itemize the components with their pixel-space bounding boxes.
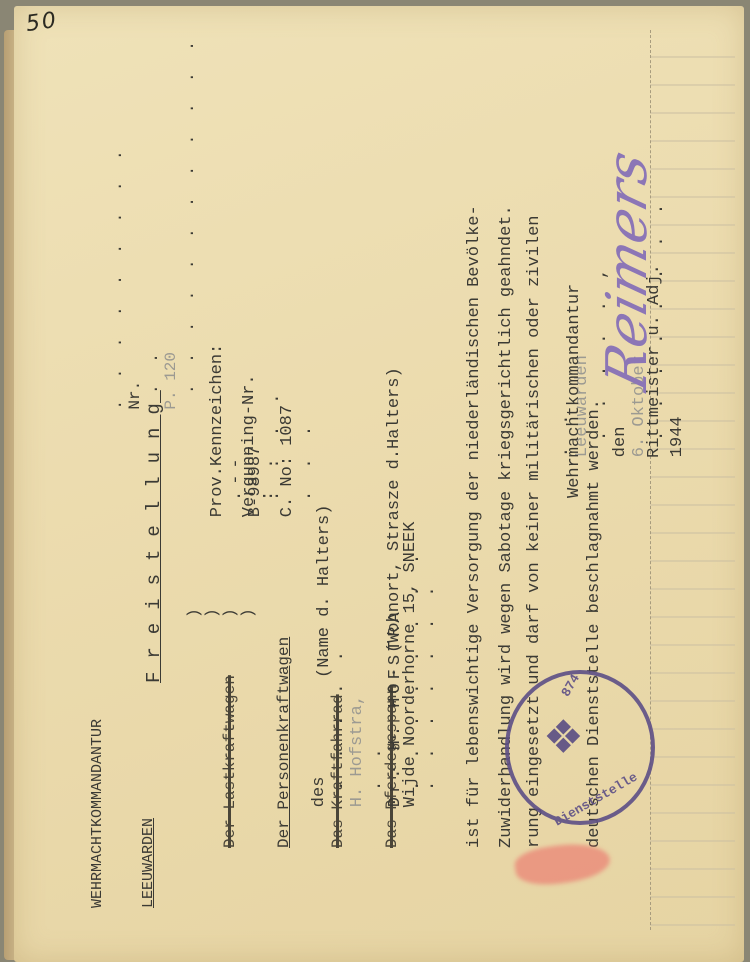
date-year: 1944 [668, 416, 687, 457]
number-label: Nr. [126, 381, 144, 410]
address-caption: (Wohnort, Strasze d.Halters) [385, 367, 404, 653]
issuer-header: WEHRMACHTKOMMANDANTUR LEEUWARDEN [55, 719, 191, 908]
eagle-emblem-icon: ❖ [525, 718, 599, 754]
issuing-office: Wehrmachtkommandantur [565, 284, 584, 498]
brace-glyph: )))) [185, 608, 257, 618]
vehicle-type-lkw: Der Lastkraftwagen [221, 637, 239, 848]
owner-caption: (Name d. Halters) [315, 505, 334, 678]
official-stamp: 874 ❖ Dienststelle [505, 670, 655, 825]
document-title: Freistellung [143, 390, 165, 683]
stamp-top-text: 874 [558, 672, 583, 700]
vergunning-value: C. No: 1087 [278, 405, 297, 517]
signatory-rank: Rittmeister u. Adj. [645, 264, 664, 458]
